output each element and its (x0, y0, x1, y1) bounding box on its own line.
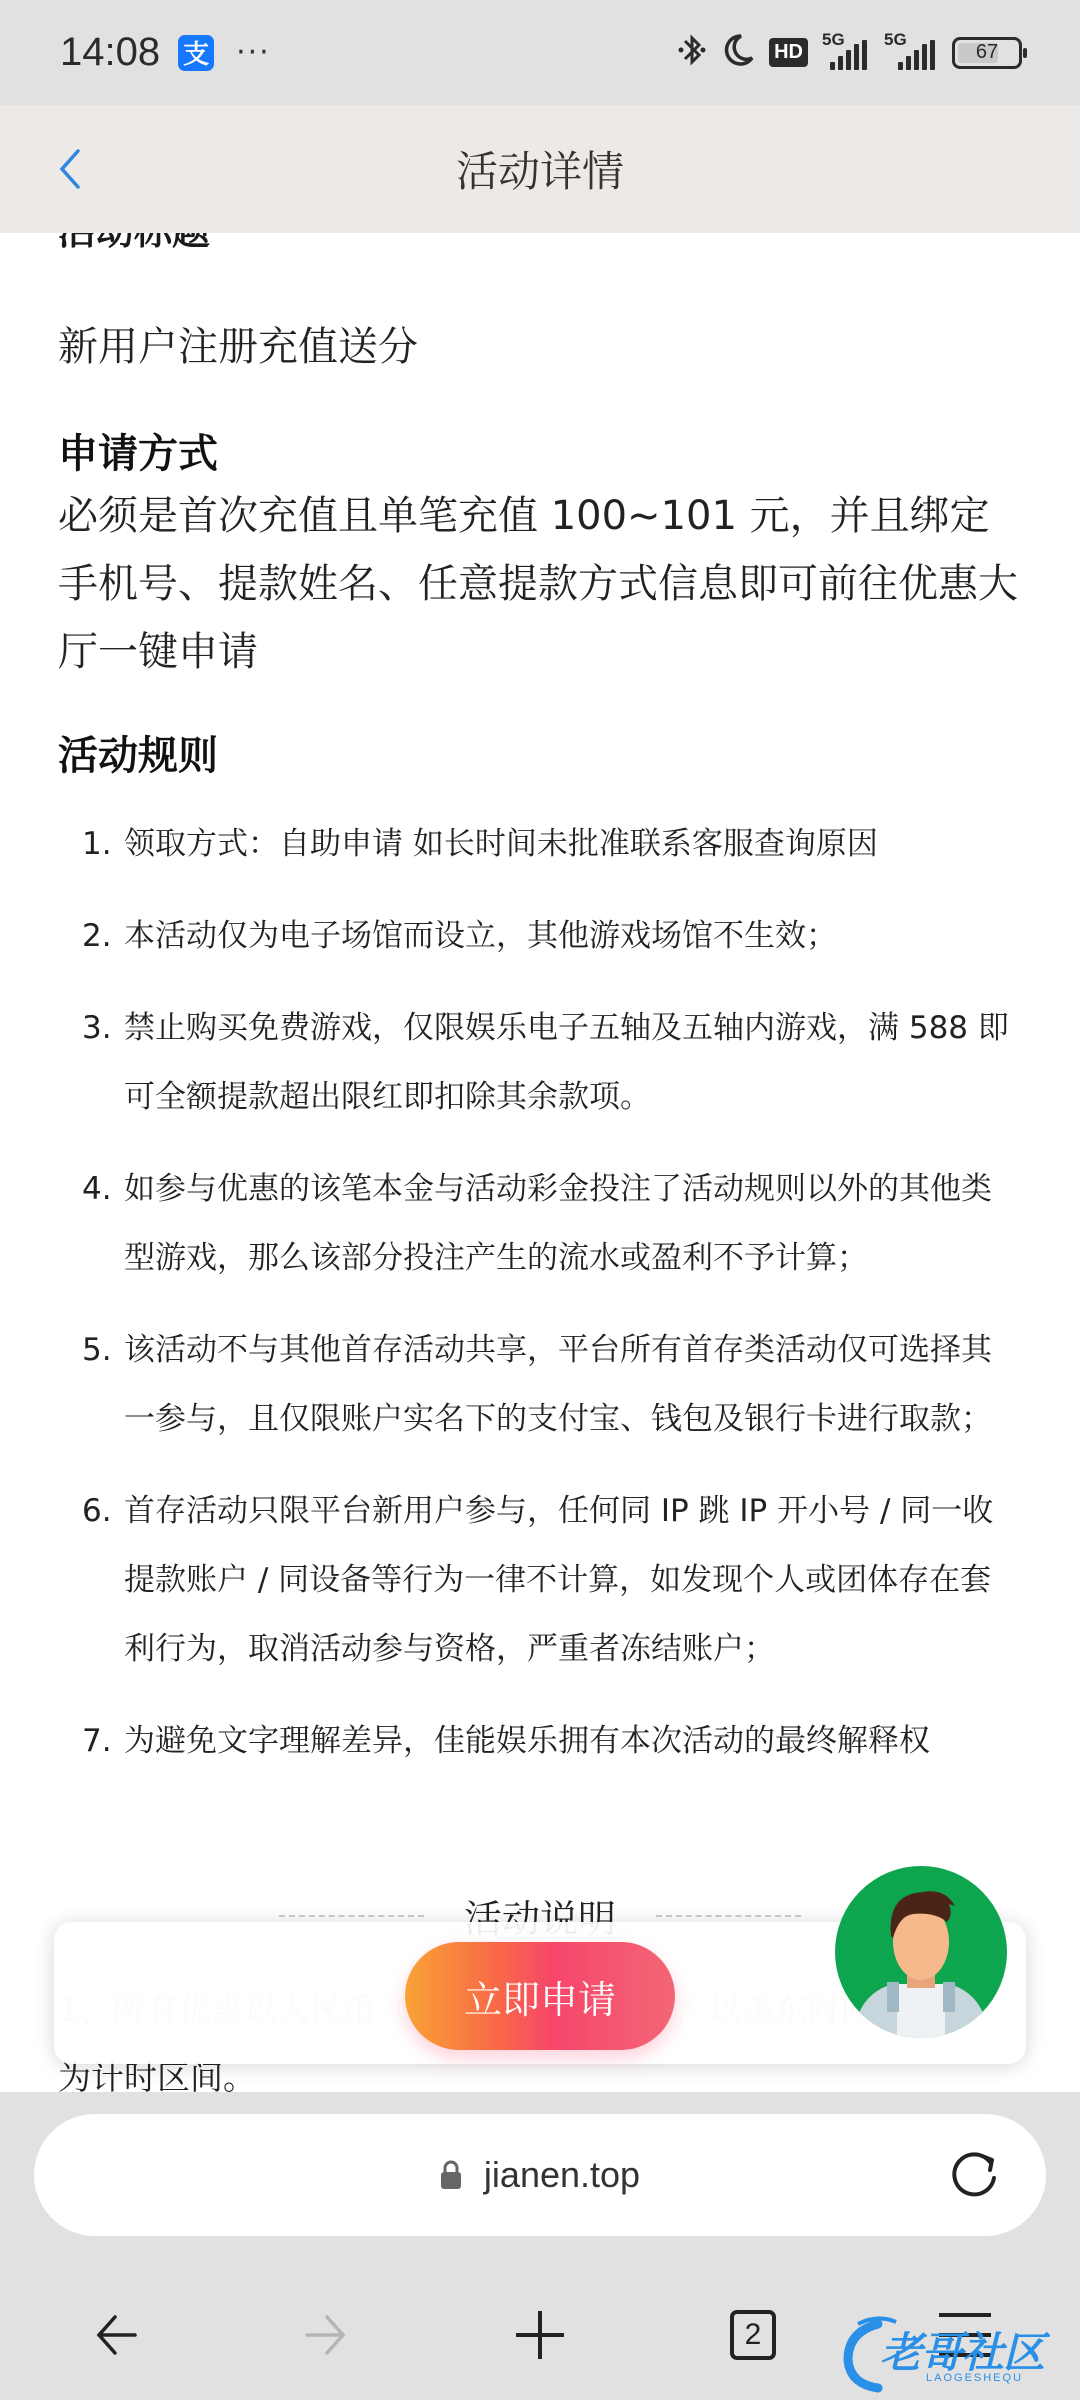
rule-item: 7.为避免文字理解差异，佳能娱乐拥有本次活动的最终解释权 (82, 1707, 1012, 1776)
apply-method-heading: 申请方式 (58, 422, 218, 479)
rule-item: 5.该活动不与其他首存活动共享，平台所有首存类活动仅可选择其一参与，且仅限账户实… (82, 1316, 1012, 1454)
alipay-notification-icon: 支 (178, 35, 214, 71)
rule-item: 2.本活动仅为电子场馆而设立，其他游戏场馆不生效； (82, 902, 1012, 971)
rule-item: 1.领取方式：自助申请 如长时间未批准联系客服查询原因 (82, 810, 1012, 879)
lock-icon (440, 2160, 462, 2190)
rule-item: 6.首存活动只限平台新用户参与，任何同 IP 跳 IP 开小号 / 同一收提款账… (82, 1477, 1012, 1684)
divider-left (279, 1915, 424, 1917)
browser-back-button[interactable] (80, 2300, 150, 2370)
page-title: 活动详情 (456, 139, 624, 199)
browser-bottom-bar: jianen.top 2 老哥社区 LAOGESHEQU (0, 2092, 1080, 2400)
customer-service-avatar[interactable] (835, 1866, 1007, 2038)
hd-voice-icon: HD (769, 38, 808, 67)
arrow-left-icon (91, 2311, 139, 2359)
signal-2-icon: 5G (884, 36, 938, 70)
watermark-logo: 老哥社区 LAOGESHEQU (838, 2314, 1068, 2394)
rule-item: 4.如参与优惠的该笔本金与活动彩金投注了活动规则以外的其他类型游戏，那么该部分投… (82, 1155, 1012, 1293)
address-bar[interactable]: jianen.top (34, 2114, 1046, 2236)
browser-forward-button[interactable] (292, 2300, 362, 2370)
more-notifications-icon: ··· (236, 35, 271, 70)
nav-header: 活动详情 (0, 105, 1080, 233)
tabs-button[interactable]: 2 (718, 2300, 788, 2370)
arrow-right-icon (303, 2311, 351, 2359)
rule-item: 3.禁止购买免费游戏，仅限娱乐电子五轴及五轴内游戏，满 588 即可全额提款超出… (82, 994, 1012, 1132)
bluetooth-icon (677, 31, 707, 74)
status-time: 14:08 (60, 30, 160, 75)
reload-icon[interactable] (946, 2148, 1002, 2204)
apply-method-body: 必须是首次充值且单笔充值 100~101 元，并且绑定手机号、提款姓名、任意提款… (58, 482, 1028, 686)
person-avatar-icon (835, 1866, 1007, 2038)
chevron-left-icon (58, 147, 82, 191)
back-button[interactable] (50, 141, 90, 197)
apply-now-button[interactable]: 立即申请 (405, 1942, 675, 2050)
battery-icon: 67 (952, 37, 1022, 69)
tab-count-icon: 2 (730, 2310, 776, 2360)
divider-right (656, 1915, 801, 1917)
activity-name: 新用户注册充值送分 (58, 315, 418, 372)
status-bar: 14:08 支 ··· HD 5G 5G 67 (0, 0, 1080, 105)
rules-heading: 活动规则 (58, 724, 218, 781)
url-text[interactable]: jianen.top (484, 2154, 640, 2196)
activity-content[interactable]: 活动标题 新用户注册充值送分 申请方式 必须是首次充值且单笔充值 100~101… (0, 150, 1080, 2096)
rules-list: 1.领取方式：自助申请 如长时间未批准联系客服查询原因 2.本活动仅为电子场馆而… (82, 810, 1012, 1799)
new-tab-button[interactable] (505, 2300, 575, 2370)
plus-icon (514, 2309, 566, 2361)
do-not-disturb-moon-icon (721, 32, 755, 73)
signal-1-icon: 5G (822, 36, 870, 70)
